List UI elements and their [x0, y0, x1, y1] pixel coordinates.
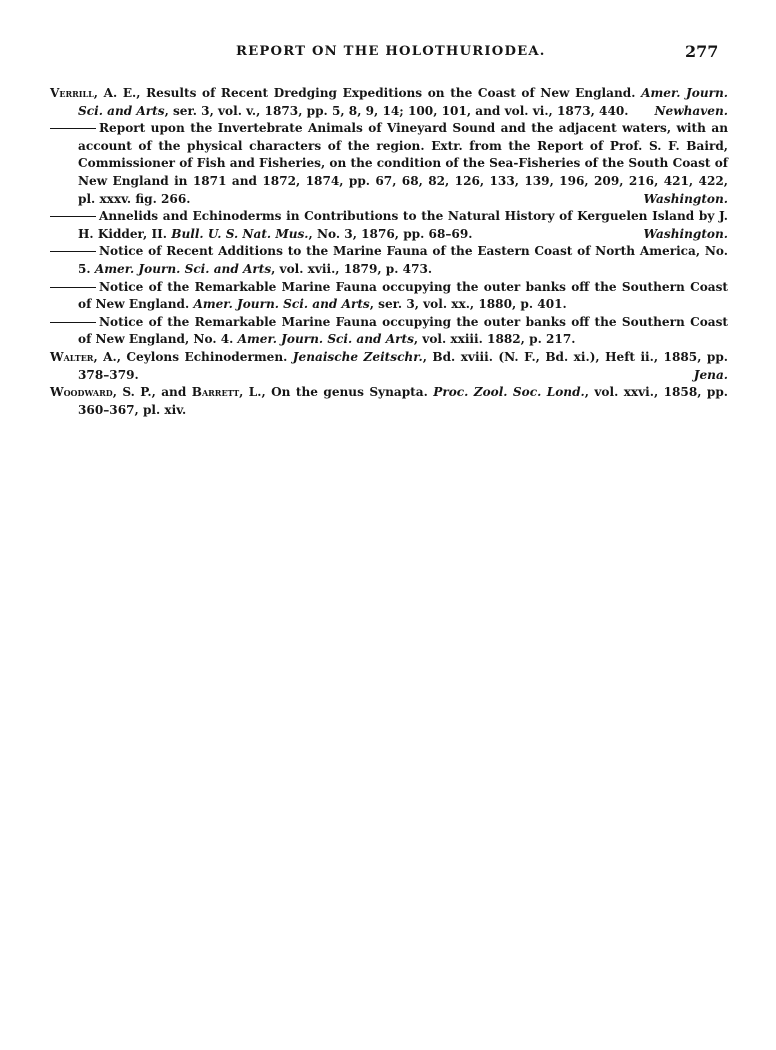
bibliography-list: Verrill, A. E., Results of Recent Dredgi… — [50, 85, 728, 419]
ditto-dash — [50, 216, 96, 217]
publication-place: Newhaven. — [654, 103, 728, 121]
ditto-dash — [50, 287, 96, 288]
journal-name: Bull. U. S. Nat. Mus. — [171, 227, 308, 241]
journal-name: Jenaische Zeitschr. — [293, 350, 423, 364]
bibliography-entry: Notice of the Remarkable Marine Fauna oc… — [50, 314, 728, 349]
entry-details: , ser. 3, vol. xx., 1880, p. 401. — [370, 297, 567, 311]
bibliography-entry: Notice of Recent Additions to the Marine… — [50, 243, 728, 278]
journal-name: Amer. Journ. Sci. and Arts — [193, 297, 369, 311]
entry-title: Report upon the Invertebrate Animals of … — [78, 121, 728, 205]
page-number: 277 — [685, 42, 718, 61]
bibliography-entry: Notice of the Remarkable Marine Fauna oc… — [50, 279, 728, 314]
bibliography-entry: Walter, A., Ceylons Echinodermen. Jenais… — [50, 349, 728, 384]
journal-name: Proc. Zool. Soc. Lond. — [433, 385, 585, 399]
publication-place: Jena. — [694, 367, 728, 385]
entry-details: , vol. xvii., 1879, p. 473. — [271, 262, 432, 276]
author-name: Barrett — [192, 385, 239, 399]
ditto-dash — [50, 128, 96, 129]
publication-place: Washington. — [644, 226, 728, 244]
journal-name: Amer. Journ. Sci. and Arts — [238, 332, 414, 346]
author-name: Verrill — [50, 86, 94, 100]
author-name: Woodward — [50, 385, 113, 399]
bibliography-entry: Annelids and Echinoderms in Contribution… — [50, 208, 728, 243]
running-header: REPORT ON THE HOLOTHURIODEA. 277 — [0, 42, 776, 64]
journal-name: Amer. Journ. Sci. and Arts — [95, 262, 271, 276]
author-name: Walter — [50, 350, 93, 364]
bibliography-entry: Woodward, S. P., and Barrett, L., On the… — [50, 384, 728, 419]
entry-details: , No. 3, 1876, pp. 68–69. — [309, 227, 473, 241]
ditto-dash — [50, 251, 96, 252]
publication-place: Washington. — [644, 191, 728, 209]
entry-title: , A., Ceylons Echinodermen. — [93, 350, 287, 364]
running-title: REPORT ON THE HOLOTHURIODEA. — [236, 44, 546, 59]
entry-details: , ser. 3, vol. v., 1873, pp. 5, 8, 9, 14… — [165, 104, 629, 118]
ditto-dash — [50, 322, 96, 323]
entry-title: , A. E., Results of Recent Dredging Expe… — [94, 86, 636, 100]
bibliography-entry: Report upon the Invertebrate Animals of … — [50, 120, 728, 208]
entry-details: , vol. xxiii. 1882, p. 217. — [414, 332, 576, 346]
author-connector: , S. P., and — [113, 385, 192, 399]
entry-title: , L., On the genus Synapta. — [239, 385, 428, 399]
bibliography-entry: Verrill, A. E., Results of Recent Dredgi… — [50, 85, 728, 120]
